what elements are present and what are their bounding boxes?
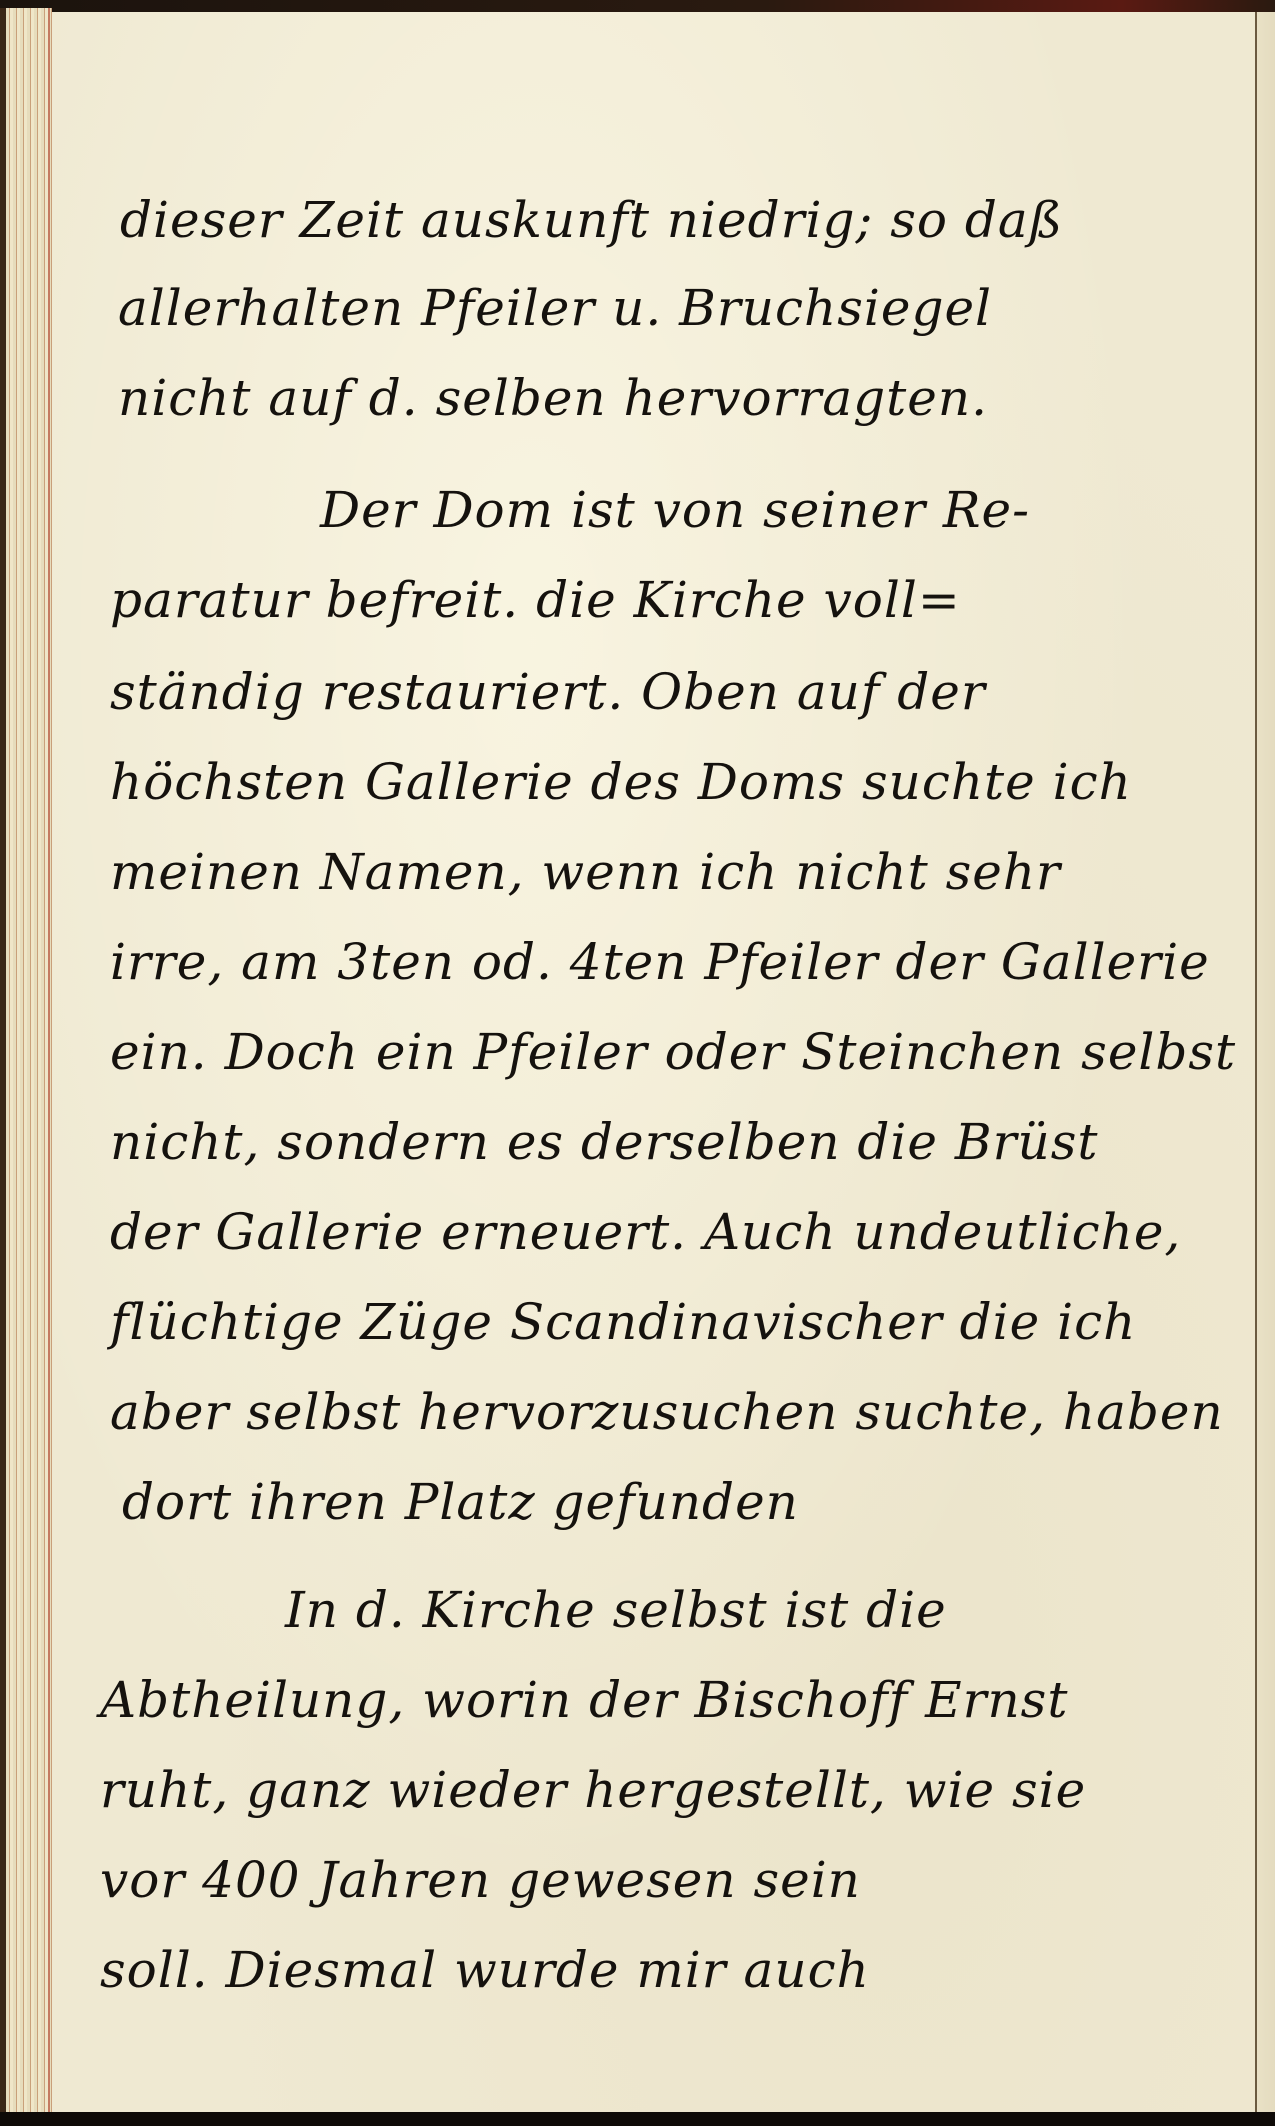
text-line: nicht, sondern es derselben die Brüst (110, 1112, 1099, 1172)
text-line: Der Dom ist von seiner Re- (320, 480, 1030, 540)
text-line: paratur befreit. die Kirche voll= (110, 570, 961, 630)
text-line: nicht auf d. selben hervorragten. (118, 368, 988, 428)
scan-top-border (0, 0, 1275, 12)
text-line: allerhalten Pfeiler u. Bruchsiegel (118, 278, 992, 338)
text-line: irre, am 3ten od. 4ten Pfeiler der Galle… (110, 932, 1210, 992)
text-line: flüchtige Züge Scandinavischer die ich (110, 1292, 1136, 1352)
text-line: aber selbst hervorzusuchen suchte, haben (110, 1382, 1224, 1442)
text-line: dieser Zeit auskunft niedrig; so daß (120, 190, 1063, 250)
text-line: dort ihren Platz gefunden (122, 1472, 799, 1532)
text-line: ständig restauriert. Oben auf der (110, 662, 986, 722)
text-line: Abtheilung, worin der Bischoff Ernst (100, 1670, 1068, 1730)
text-line: In d. Kirche selbst ist die (285, 1580, 947, 1640)
text-line: ruht, ganz wieder hergestellt, wie sie (100, 1760, 1086, 1820)
text-line: vor 400 Jahren gewesen sein (100, 1850, 861, 1910)
page-stack-edge (0, 8, 52, 2114)
text-line: der Gallerie erneuert. Auch undeutliche, (110, 1202, 1181, 1262)
text-line: soll. Diesmal wurde mir auch (100, 1940, 870, 2000)
text-line: höchsten Gallerie des Doms suchte ich (110, 752, 1132, 812)
scan-bottom-border (0, 2112, 1275, 2126)
text-line: ein. Doch ein Pfeiler oder Steinchen sel… (110, 1022, 1236, 1082)
next-page-edge (1255, 12, 1275, 2112)
text-line: meinen Namen, wenn ich nicht sehr (110, 842, 1061, 902)
